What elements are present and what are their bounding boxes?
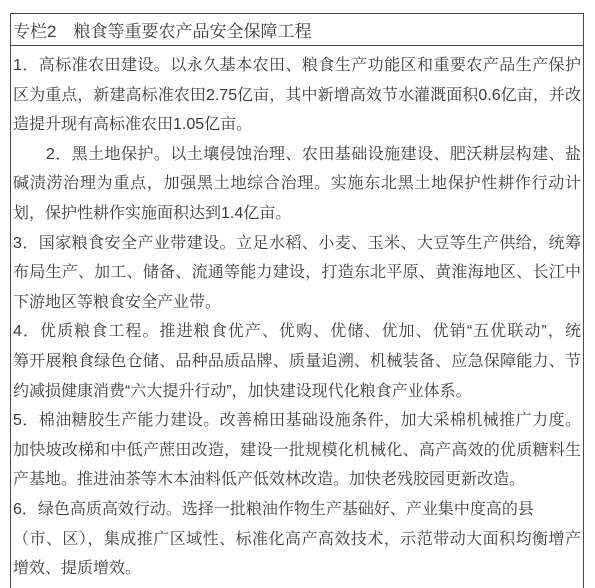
section-5-cotton-oil-sugar-rubber-capacity: 5．棉油糖胶生产能力建设。改善棉田基础设施条件，加大采棉机械推广力度。加快坡改梯… bbox=[13, 406, 581, 495]
paragraph-line: 造提升现有高标准农田1.05亿亩。 bbox=[13, 110, 581, 140]
paragraph-line: 划，保护性耕作实施面积达到1.4亿亩。 bbox=[13, 199, 581, 229]
document-page: 专栏2 粮食等重要农产品安全保障工程 1．高标准农田建设。以永久基本农田、粮食生… bbox=[0, 0, 595, 588]
paragraph-line: 加快坡改梯和中低产蔗田改造，建设一批规模化机械化、高产高效的优质糖料生 bbox=[13, 436, 581, 466]
paragraph-line: 筹开展粮食绿色仓储、品种品质品牌、质量追溯、机械装备、应急保障能力、节 bbox=[13, 347, 581, 377]
panel-title: 专栏2 粮食等重要农产品安全保障工程 bbox=[11, 14, 583, 46]
paragraph-line: 产基地。推进油茶等木本油料低产低效林改造。加快老残胶园更新改造。 bbox=[13, 465, 581, 495]
panel-body: 1．高标准农田建设。以永久基本农田、粮食生产功能区和重要农产品生产保护区为重点，… bbox=[11, 46, 583, 584]
paragraph-line: 3．国家粮食安全产业带建设。立足水稻、小麦、玉米、大豆等生产供给，统筹 bbox=[13, 229, 581, 259]
paragraph-line: （市、区），集成推广区域性、标准化高产高效技术，示范带动大面积均衡增产 bbox=[13, 525, 581, 555]
paragraph-line: 6．绿色高质高效行动。选择一批粮油作物生产基础好、产业集中度高的县 bbox=[13, 495, 581, 525]
paragraph-line: 碱渍涝治理为重点，加强黑土地综合治理。实施东北黑土地保护性耕作行动计 bbox=[13, 169, 581, 199]
section-6-green-high-quality-high-efficiency: 6．绿色高质高效行动。选择一批粮油作物生产基础好、产业集中度高的县（市、区），集… bbox=[13, 495, 581, 584]
section-2-black-soil-protection: 2．黑土地保护。以土壤侵蚀治理、农田基础设施建设、肥沃耕层构建、盐碱渍涝治理为重… bbox=[13, 140, 581, 229]
paragraph-line: 下游地区等粮食安全产业带。 bbox=[13, 288, 581, 318]
section-1-high-standard-farmland: 1．高标准农田建设。以永久基本农田、粮食生产功能区和重要农产品生产保护区为重点，… bbox=[13, 51, 581, 140]
paragraph-line: 2．黑土地保护。以土壤侵蚀治理、农田基础设施建设、肥沃耕层构建、盐 bbox=[13, 140, 581, 170]
paragraph-line: 4．优质粮食工程。推进粮食优产、优购、优储、优加、优销“五优联动”，统 bbox=[13, 317, 581, 347]
column-box-2: 专栏2 粮食等重要农产品安全保障工程 1．高标准农田建设。以永久基本农田、粮食生… bbox=[10, 13, 584, 588]
section-4-quality-grain-project: 4．优质粮食工程。推进粮食优产、优购、优储、优加、优销“五优联动”，统筹开展粮食… bbox=[13, 317, 581, 406]
paragraph-line: 约减损健康消费“六大提升行动”，加快建设现代化粮食产业体系。 bbox=[13, 377, 581, 407]
paragraph-line: 布局生产、加工、储备、流通等能力建设，打造东北平原、黄淮海地区、长江中 bbox=[13, 258, 581, 288]
paragraph-line: 5．棉油糖胶生产能力建设。改善棉田基础设施条件，加大采棉机械推广力度。 bbox=[13, 406, 581, 436]
paragraph-line: 1．高标准农田建设。以永久基本农田、粮食生产功能区和重要农产品生产保护 bbox=[13, 51, 581, 81]
paragraph-line: 增效、提质增效。 bbox=[13, 554, 581, 584]
section-3-grain-security-industry-belt: 3．国家粮食安全产业带建设。立足水稻、小麦、玉米、大豆等生产供给，统筹布局生产、… bbox=[13, 229, 581, 318]
paragraph-line: 区为重点，新建高标准农田2.75亿亩，其中新增高效节水灌溉面积0.6亿亩，并改 bbox=[13, 81, 581, 111]
